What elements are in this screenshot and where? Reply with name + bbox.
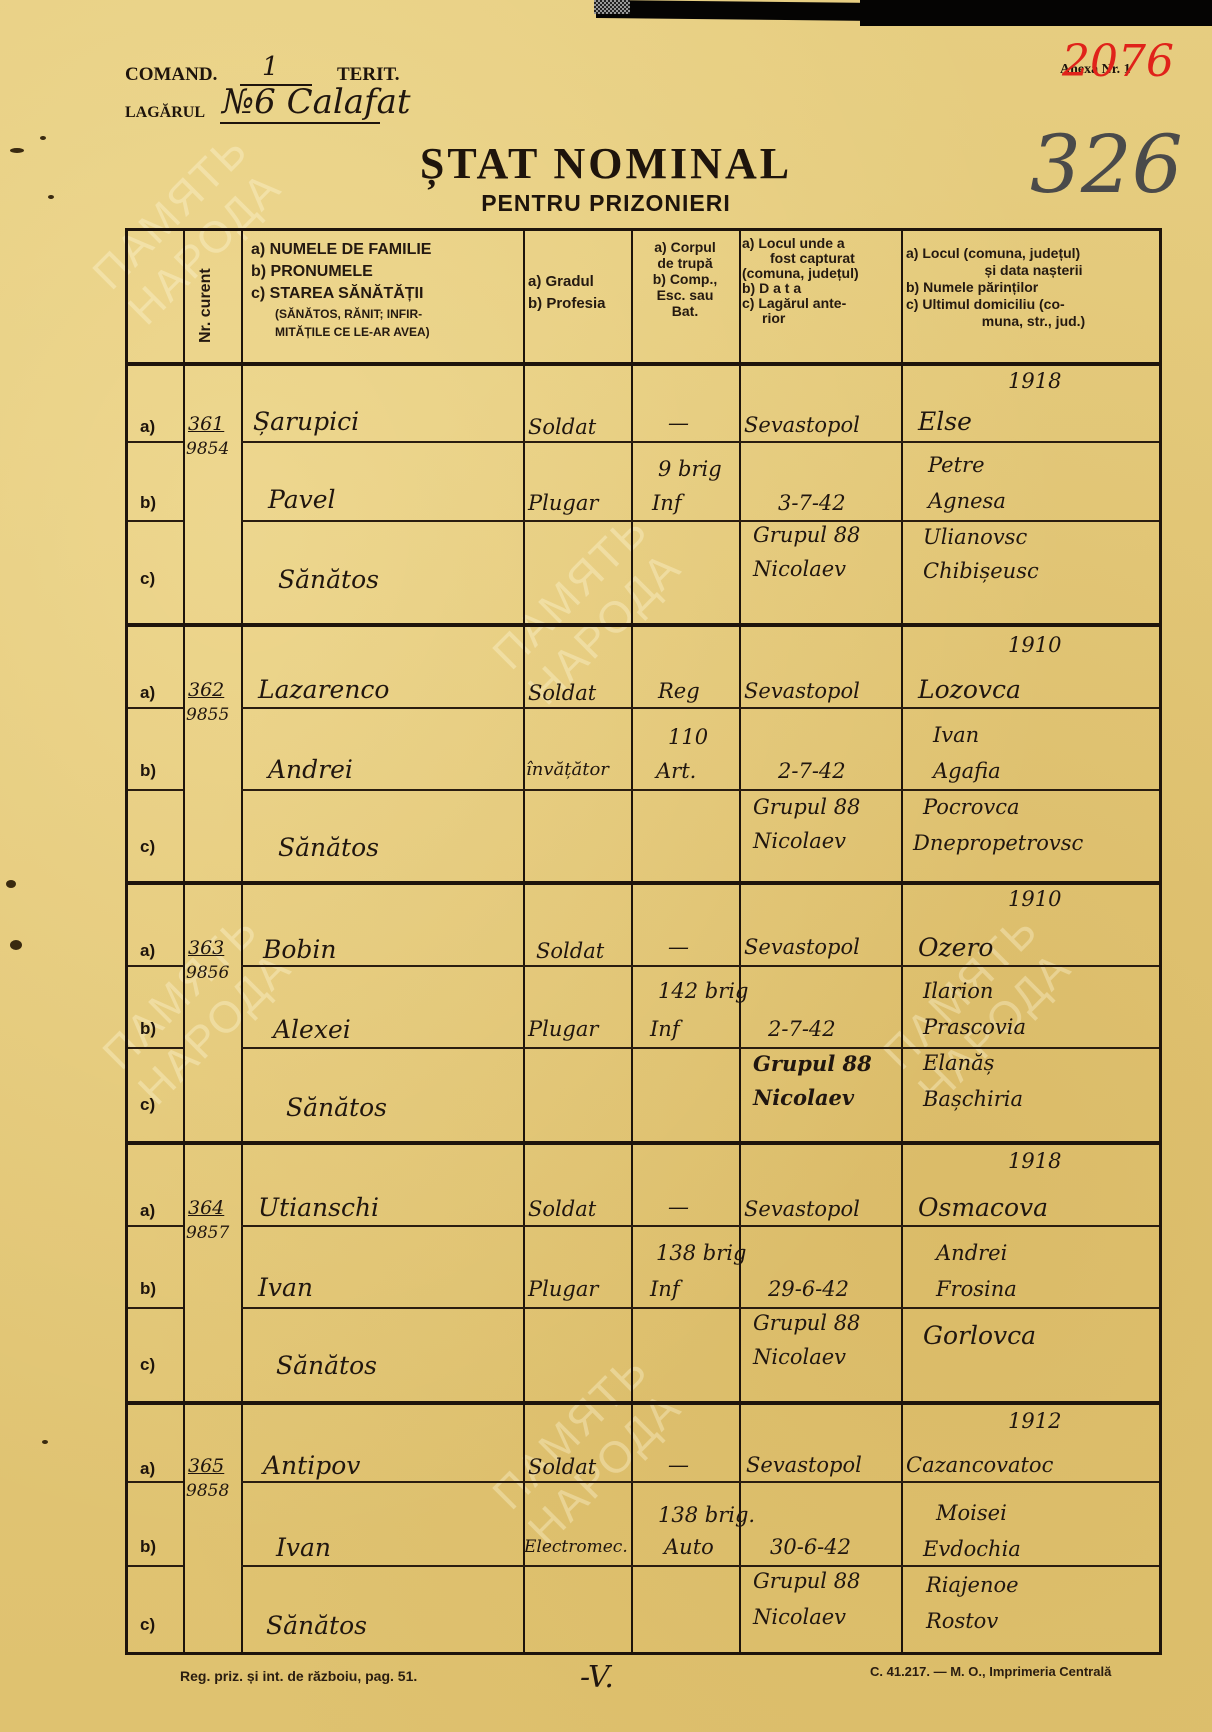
father-name: Ivan <box>933 723 979 747</box>
previous-camp: Grupul 88 <box>753 795 860 819</box>
health-status: Sănătos <box>278 833 379 862</box>
scan-border <box>860 0 1212 26</box>
entry-number: 365 <box>188 1455 224 1477</box>
birth-year: 1918 <box>1008 369 1061 393</box>
last-domicile-region: Dnepropetrovsc <box>913 831 1083 855</box>
entry-number: 361 <box>188 413 224 435</box>
lagarul-underline <box>220 122 380 124</box>
prisoner-entry: a) b) c) 364 9857 Utianschi Ivan Sănătos… <box>128 1145 1159 1403</box>
birth-place: Lozovca <box>918 675 1021 704</box>
footer-regulation-ref: Reg. priz. și int. de războiu, pag. 51. <box>180 1668 417 1684</box>
father-name: Petre <box>928 453 985 477</box>
previous-camp-city: Nicolaev <box>753 1605 846 1629</box>
capture-place: Sevastopol <box>744 935 860 959</box>
previous-camp-city: Nicolaev <box>753 1085 854 1110</box>
last-domicile: Riajenoe <box>926 1573 1019 1597</box>
mother-name: Evdochia <box>923 1537 1021 1561</box>
comand-value: 1 <box>262 52 279 82</box>
birth-year: 1910 <box>1008 633 1061 657</box>
last-domicile-region: Rostov <box>926 1609 998 1633</box>
previous-camp: Grupul 88 <box>753 1569 860 1593</box>
profession: Plugar <box>528 1277 598 1301</box>
prisoner-entry: a) b) c) 365 9858 Antipov Ivan Sănătos S… <box>128 1405 1159 1653</box>
corp-b2: Auto <box>664 1535 714 1559</box>
last-domicile: Pocrovca <box>923 795 1020 819</box>
surname: Antipov <box>263 1451 360 1480</box>
comand-label: COMAND. <box>125 64 217 86</box>
prisoner-table: Nr. curent a) NUMELE DE FAMILIE b) PRONU… <box>125 228 1162 1655</box>
last-domicile: Ulianovsc <box>923 525 1027 549</box>
corp-b2: Inf <box>650 1017 680 1041</box>
first-name: Ivan <box>276 1533 331 1562</box>
corp-b2: Art. <box>656 759 696 783</box>
health-status: Sănătos <box>266 1611 367 1640</box>
capture-date: 29-6-42 <box>768 1277 849 1301</box>
corp-a: — <box>668 1195 689 1219</box>
mother-name: Agafia <box>933 759 1001 783</box>
last-domicile-region: Bașchiria <box>923 1087 1023 1111</box>
prisoner-entry: a) b) c) 361 9854 Șarupici Pavel Sănătos… <box>128 365 1159 623</box>
birth-place: Else <box>918 407 972 436</box>
entry-number: 363 <box>188 937 224 959</box>
father-name: Moisei <box>936 1501 1007 1525</box>
capture-date: 3-7-42 <box>778 491 846 515</box>
birth-year: 1918 <box>1008 1149 1061 1173</box>
corp-a: — <box>668 1453 689 1477</box>
surname: Șarupici <box>253 407 359 436</box>
profession: Plugar <box>528 1017 598 1041</box>
document-title: ȘTAT NOMINAL <box>0 138 1212 189</box>
previous-camp-city: Nicolaev <box>753 1345 846 1369</box>
health-status: Sănătos <box>276 1351 377 1380</box>
corp-b1: 138 brig <box>656 1241 746 1265</box>
col-header-capture: a) Locul unde a fost capturat (comuna, j… <box>742 236 902 326</box>
birth-year: 1912 <box>1008 1409 1061 1433</box>
last-domicile: Gorlovca <box>923 1321 1036 1350</box>
first-name: Andrei <box>268 755 353 784</box>
mother-name: Prascovia <box>923 1015 1026 1039</box>
col-header-corp: a) Corpul de trupă b) Comp., Esc. sau Ba… <box>633 239 737 319</box>
entry-number: 362 <box>188 679 224 701</box>
first-name: Pavel <box>268 485 336 514</box>
registry-number: 9854 <box>186 439 229 459</box>
capture-place: Sevastopol <box>744 413 860 437</box>
birth-place: Cazancovatoc <box>906 1453 1053 1477</box>
capture-date: 2-7-42 <box>768 1017 836 1041</box>
corp-b2: Inf <box>650 1277 680 1301</box>
col-header-nr: Nr. curent <box>183 231 241 362</box>
corp-b2: Inf <box>652 491 682 515</box>
first-name: Ivan <box>258 1273 313 1302</box>
profession: învățător <box>526 759 609 780</box>
col-header-birth: a) Locul (comuna, județul) și data naște… <box>906 245 1161 330</box>
footer-printer: C. 41.217. — M. O., Imprimeria Centrală <box>870 1664 1111 1679</box>
corp-b1: 9 brig <box>658 457 722 481</box>
scan-artifact <box>594 0 630 14</box>
mother-name: Frosina <box>936 1277 1017 1301</box>
document-subtitle: PENTRU PRIZONIERI <box>0 190 1212 217</box>
capture-place: Sevastopol <box>744 679 860 703</box>
mother-name: Agnesa <box>928 489 1006 513</box>
previous-camp: Grupul 88 <box>753 523 860 547</box>
profession: Electromec. <box>524 1537 628 1557</box>
capture-place: Sevastopol <box>746 1453 862 1477</box>
corp-b1: 110 <box>668 725 708 749</box>
previous-camp: Grupul 88 <box>753 1051 872 1076</box>
pencil-checkmark: -V. <box>580 1660 614 1695</box>
grade: Soldat <box>528 415 596 439</box>
corp-b1: 142 brig <box>658 979 748 1003</box>
grade: Soldat <box>528 681 596 705</box>
lagarul-label: LAGĂRUL <box>125 104 205 122</box>
registry-number: 9858 <box>186 1481 229 1501</box>
previous-camp: Grupul 88 <box>753 1311 860 1335</box>
capture-date: 30-6-42 <box>770 1535 851 1559</box>
grade: Soldat <box>536 939 604 963</box>
birth-year: 1910 <box>1008 887 1061 911</box>
father-name: Ilarion <box>923 979 993 1003</box>
previous-camp-city: Nicolaev <box>753 829 846 853</box>
corp-a: Reg <box>658 679 700 703</box>
red-archive-number: 2076 <box>1062 36 1174 87</box>
corp-a: — <box>668 935 689 959</box>
last-domicile-region: Chibișeusc <box>923 559 1039 583</box>
lagarul-value: №6 Calafat <box>222 82 411 122</box>
grade: Soldat <box>528 1197 596 1221</box>
health-status: Sănătos <box>278 565 379 594</box>
surname: Bobin <box>263 935 337 964</box>
birth-place: Osmacova <box>918 1193 1048 1222</box>
profession: Plugar <box>528 491 598 515</box>
surname: Lazarenco <box>258 675 389 704</box>
prisoner-entry: a) b) c) 363 9856 Bobin Alexei Sănătos S… <box>128 885 1159 1143</box>
col-header-name: a) NUMELE DE FAMILIE b) PRONUMELE c) STA… <box>251 239 521 341</box>
father-name: Andrei <box>936 1241 1007 1265</box>
prisoner-entry: a) b) c) 362 9855 Lazarenco Andrei Sănăt… <box>128 627 1159 885</box>
capture-date: 2-7-42 <box>778 759 846 783</box>
col-header-grad: a) Gradul b) Profesia <box>528 271 628 315</box>
last-domicile: Elanăș <box>923 1051 994 1075</box>
registry-number: 9855 <box>186 705 229 725</box>
capture-place: Sevastopol <box>744 1197 860 1221</box>
health-status: Sănătos <box>286 1093 387 1122</box>
first-name: Alexei <box>273 1015 351 1044</box>
corp-b1: 138 brig. <box>658 1503 755 1527</box>
registry-number: 9857 <box>186 1223 229 1243</box>
surname: Utianschi <box>258 1193 379 1222</box>
corp-a: — <box>668 411 689 435</box>
grade: Soldat <box>528 1455 596 1479</box>
previous-camp-city: Nicolaev <box>753 557 846 581</box>
entry-number: 364 <box>188 1197 224 1219</box>
birth-place: Ozero <box>918 933 993 962</box>
registry-number: 9856 <box>186 963 229 983</box>
